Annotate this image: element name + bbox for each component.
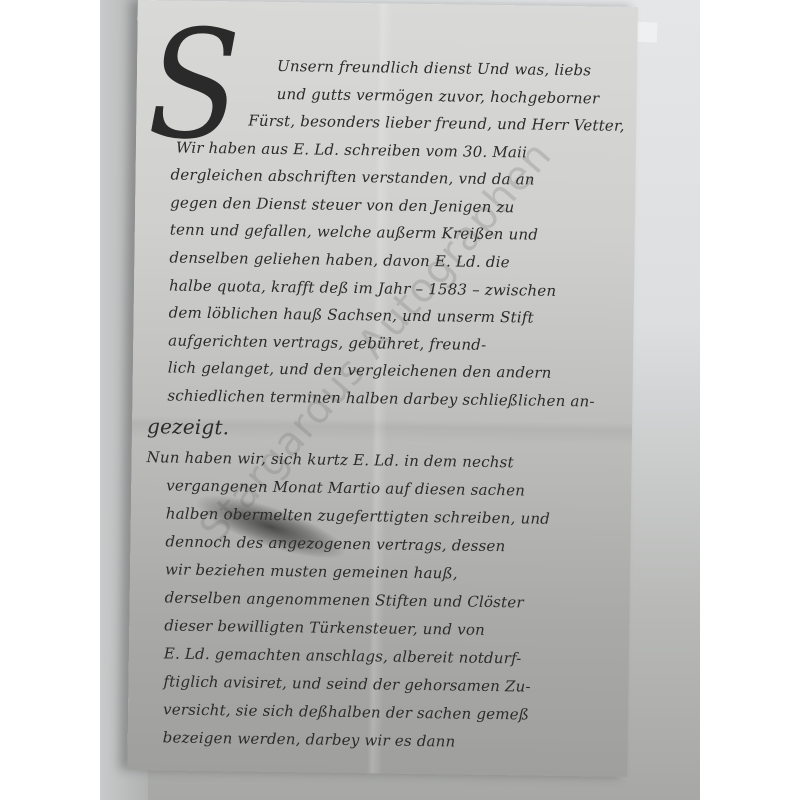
text-line: dieser bewilligten Türkensteuer, und von [164, 616, 485, 638]
text-line: Fürst, besonders lieber freund, und Herr… [248, 112, 625, 135]
text-line: dergleichen abschriften verstanden, vnd … [170, 165, 534, 188]
text-line: derselben angenommenen Stiften und Clöst… [165, 588, 524, 611]
text-line: schiedlichen terminen halben darbey schl… [167, 386, 595, 410]
text-line: versicht, sie sich deßhalben der sachen … [163, 700, 529, 723]
text-line: ftiglich avisiret, und seind der gehorsa… [163, 672, 531, 695]
handwritten-letter: S Stargardus Autographen Unsern freundli… [127, 0, 638, 777]
text-line: E. Ld. gemachten anschlags, albereit not… [164, 644, 522, 667]
text-line: dem löblichen hauß Sachsen, und unserm S… [169, 303, 534, 326]
text-line: Nun haben wir, sich kurtz E. Ld. in dem … [146, 448, 513, 471]
text-line: denselben geliehen haben, davon E. Ld. d… [169, 248, 510, 271]
text-line: dennoch des angezogenen vertrags, dessen [165, 532, 505, 555]
text-line: gegen den Dienst steuer von den Jenigen … [170, 193, 515, 216]
text-line: gezeigt. [147, 414, 230, 439]
text-line: bezeigen werden, darbey wir es dann [163, 728, 456, 750]
text-line: wir beziehen musten gemeinen hauß, [165, 560, 458, 582]
text-line: aufgerichten vertrags, gebühret, freund- [168, 331, 486, 353]
text-line: tenn und gefallen, welche außerm Kreißen… [170, 220, 539, 243]
text-line: lich gelanget, und den vergleichenen den… [168, 358, 552, 381]
text-line: halbe quota, krafft deß im Jahr – 1583 –… [169, 276, 556, 299]
text-line: und gutts vermögen zuvor, hochgeborner [277, 85, 600, 108]
text-line: Unsern freundlich dienst Und was, liebs [277, 57, 591, 79]
